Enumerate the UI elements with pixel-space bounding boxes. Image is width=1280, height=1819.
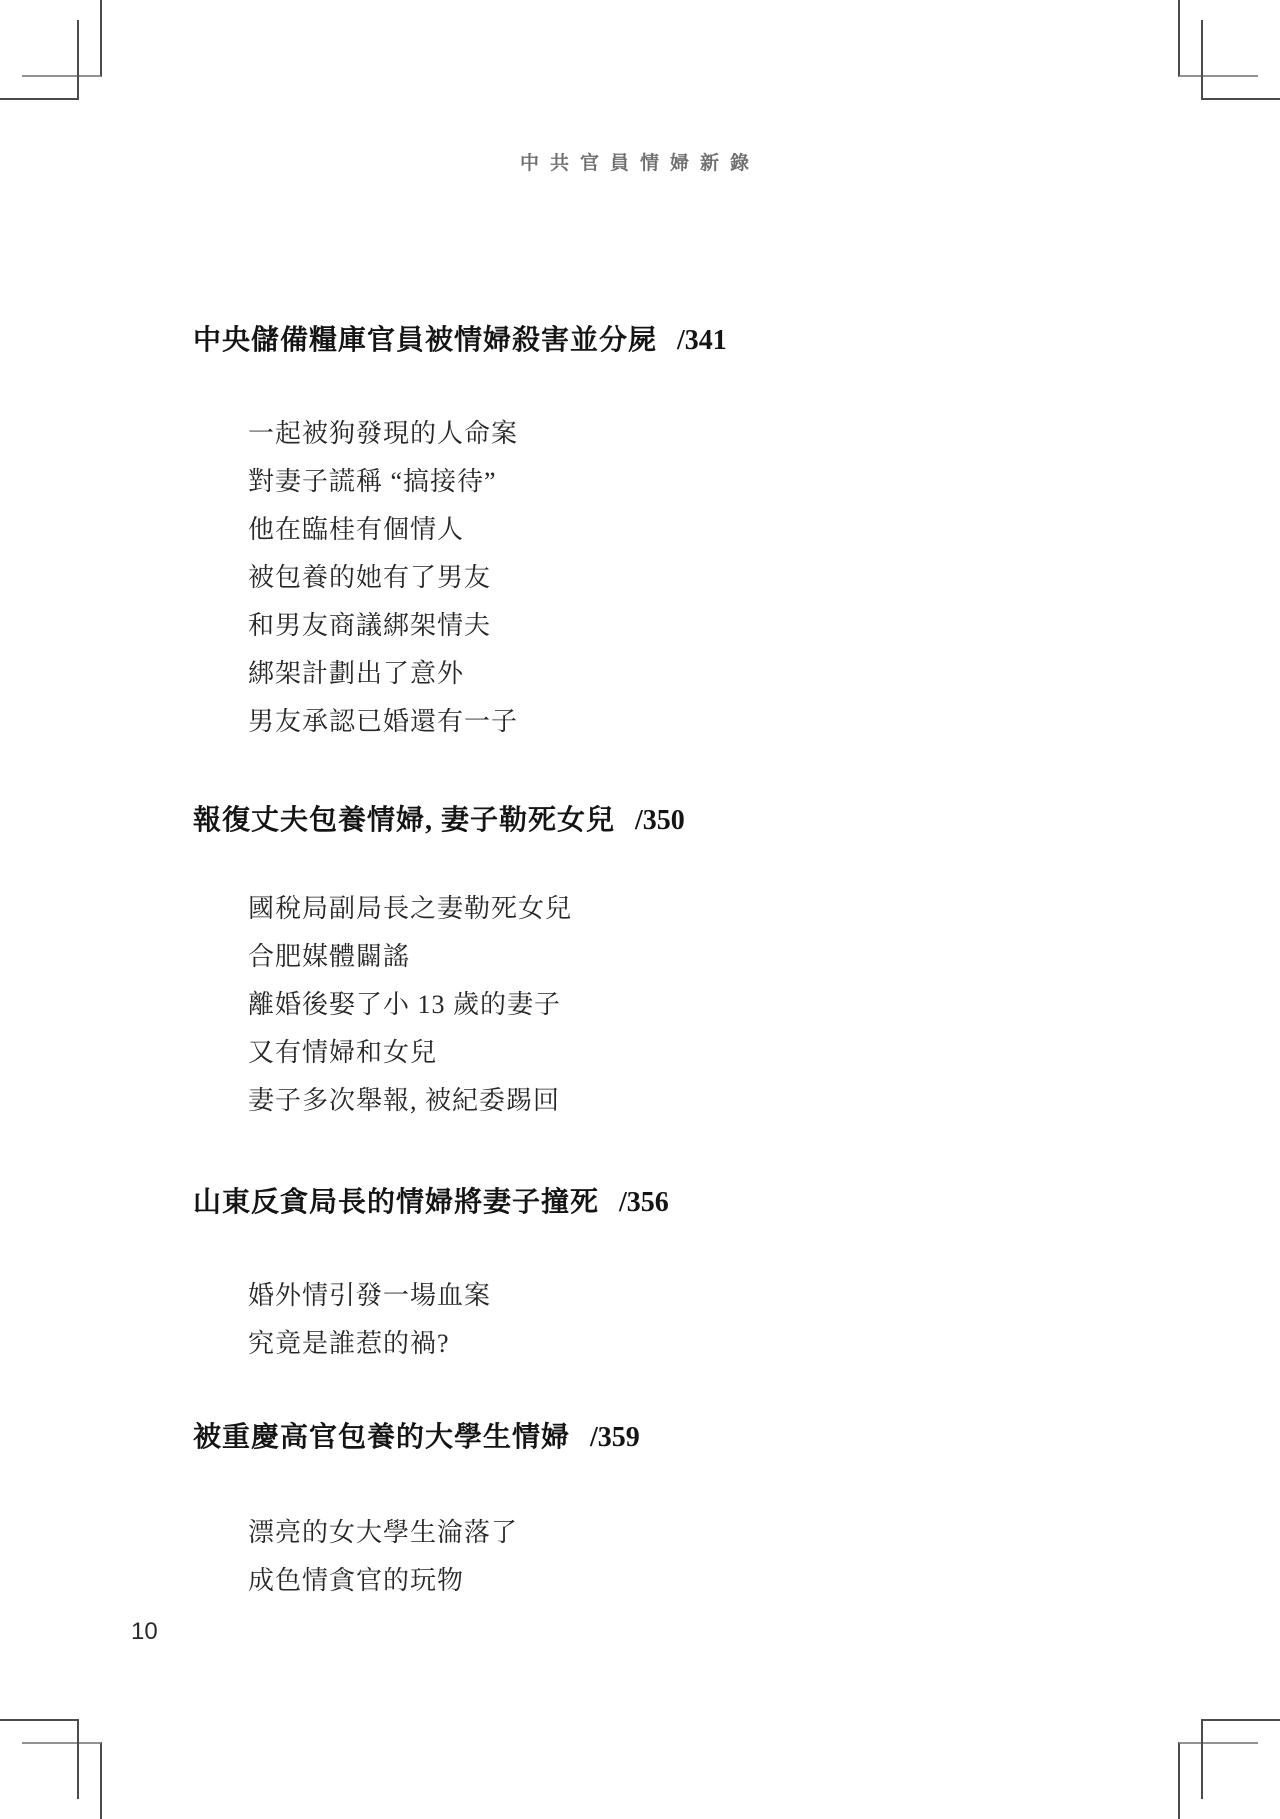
chapter-title: 報復丈夫包養情婦, 妻子勒死女兒/350 bbox=[193, 798, 685, 838]
chapter-title-text: 中央儲備糧庫官員被情婦殺害並分屍 bbox=[193, 325, 657, 356]
toc-subitem: 被包養的她有了男友 bbox=[248, 554, 518, 602]
chapter-page-number: /350 bbox=[635, 805, 685, 836]
chapter-page-number: /356 bbox=[619, 1187, 669, 1218]
chapter-page-number: /359 bbox=[590, 1422, 640, 1453]
chapter-subitems: 國稅局副局長之妻勒死女兒 合肥媒體闢謠 離婚後娶了小 13 歲的妻子 又有情婦和… bbox=[248, 885, 572, 1125]
page-number: 10 bbox=[131, 1618, 158, 1646]
toc-subitem: 究竟是誰惹的禍? bbox=[248, 1320, 491, 1368]
crop-mark-bottom-left-inner bbox=[0, 1719, 79, 1799]
chapter-subitems: 婚外情引發一場血案 究竟是誰惹的禍? bbox=[248, 1272, 491, 1368]
toc-subitem: 妻子多次舉報, 被紀委踢回 bbox=[248, 1077, 572, 1125]
running-header: 中共官員情婦新錄 bbox=[0, 148, 1280, 175]
toc-subitem: 成色情貪官的玩物 bbox=[248, 1557, 518, 1605]
toc-subitem: 和男友商議綁架情夫 bbox=[248, 602, 518, 650]
chapter-title: 中央儲備糧庫官員被情婦殺害並分屍/341 bbox=[193, 318, 727, 358]
toc-subitem: 合肥媒體闢謠 bbox=[248, 933, 572, 981]
toc-subitem: 男友承認已婚還有一子 bbox=[248, 698, 518, 746]
toc-subitem: 漂亮的女大學生淪落了 bbox=[248, 1509, 518, 1557]
chapter-title: 山東反貪局長的情婦將妻子撞死/356 bbox=[193, 1180, 669, 1220]
toc-subitem: 對妻子謊稱 “搞接待” bbox=[248, 458, 518, 506]
chapter-title: 被重慶高官包養的大學生情婦/359 bbox=[193, 1415, 640, 1455]
chapter-title-text: 山東反貪局長的情婦將妻子撞死 bbox=[193, 1187, 599, 1218]
toc-subitem: 綁架計劃出了意外 bbox=[248, 650, 518, 698]
chapter-title-text: 被重慶高官包養的大學生情婦 bbox=[193, 1422, 570, 1453]
chapter-page-number: /341 bbox=[677, 325, 727, 356]
chapter-subitems: 一起被狗發現的人命案 對妻子謊稱 “搞接待” 他在臨桂有個情人 被包養的她有了男… bbox=[248, 410, 518, 746]
toc-subitem: 國稅局副局長之妻勒死女兒 bbox=[248, 885, 572, 933]
toc-subitem: 離婚後娶了小 13 歲的妻子 bbox=[248, 981, 572, 1029]
book-page: 中共官員情婦新錄 中央儲備糧庫官員被情婦殺害並分屍/341 一起被狗發現的人命案… bbox=[0, 0, 1280, 1819]
chapter-subitems: 漂亮的女大學生淪落了 成色情貪官的玩物 bbox=[248, 1509, 518, 1605]
chapter-title-text: 報復丈夫包養情婦, 妻子勒死女兒 bbox=[193, 805, 615, 836]
toc-subitem: 他在臨桂有個情人 bbox=[248, 506, 518, 554]
toc-subitem: 婚外情引發一場血案 bbox=[248, 1272, 491, 1320]
crop-mark-bottom-right-inner bbox=[1201, 1719, 1280, 1799]
toc-subitem: 又有情婦和女兒 bbox=[248, 1029, 572, 1077]
toc-subitem: 一起被狗發現的人命案 bbox=[248, 410, 518, 458]
crop-mark-top-right-inner bbox=[1201, 20, 1280, 100]
crop-mark-top-left-inner bbox=[0, 20, 79, 100]
